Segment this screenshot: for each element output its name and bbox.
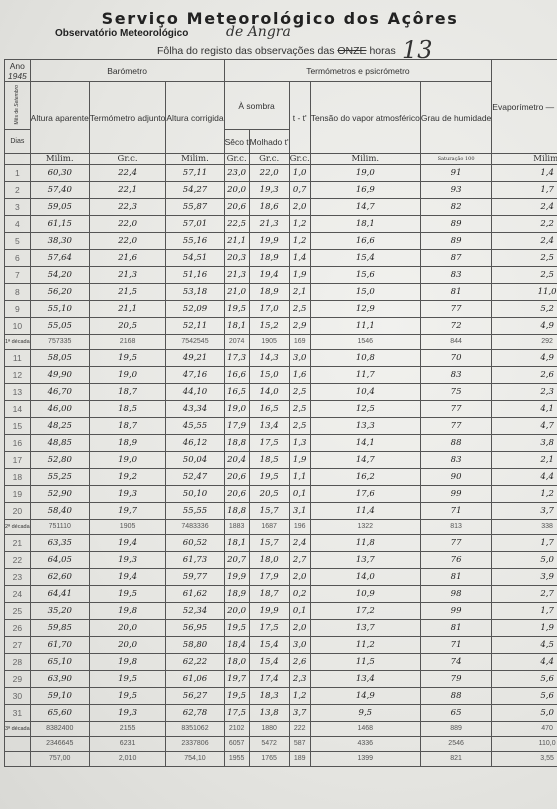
cell-term: 18,7	[89, 384, 166, 401]
cell-hum: 76	[420, 552, 491, 569]
day-number: 30	[5, 688, 31, 705]
cell-seco: 18,8	[224, 435, 249, 452]
sum-evap: 110,0	[492, 737, 557, 752]
cell-seco: 19,0	[224, 401, 249, 418]
cell-alt-ap: 59,10	[30, 688, 89, 705]
sum-seco: 2102	[224, 722, 249, 737]
cell-alt-cor: 52,47	[166, 469, 224, 486]
cell-diff: 2,6	[289, 654, 310, 671]
sum-seco: 2074	[224, 335, 249, 350]
cell-alt-cor: 61,06	[166, 671, 224, 688]
observation-row: 1648,8518,946,1218,817,51,314,1883,8W231…	[5, 435, 557, 452]
summary-label: 1ª década	[5, 335, 31, 350]
sum-alt-ap: 757335	[30, 335, 89, 350]
day-number: 10	[5, 318, 31, 335]
cell-alt-ap: 61,70	[30, 637, 89, 654]
cell-alt-ap: 55,25	[30, 469, 89, 486]
summary-label	[5, 737, 31, 752]
cell-alt-cor: 60,52	[166, 535, 224, 552]
days-header: Dias	[5, 130, 31, 154]
cell-molh: 19,9	[249, 603, 289, 620]
day-number: 18	[5, 469, 31, 486]
cell-alt-cor: 54,27	[166, 182, 224, 199]
cell-seco: 16,5	[224, 384, 249, 401]
cell-alt-cor: 58,80	[166, 637, 224, 654]
cell-molh: 18,9	[249, 250, 289, 267]
day-number: 8	[5, 284, 31, 301]
cell-seco: 21,1	[224, 233, 249, 250]
unit-grc: Gr.c.	[249, 154, 289, 165]
cell-evap: 4,5	[492, 637, 557, 654]
day-number: 26	[5, 620, 31, 637]
sum-tensao: 1468	[310, 722, 420, 737]
cell-hum: 82	[420, 199, 491, 216]
cell-seco: 19,5	[224, 301, 249, 318]
dry-bulb-header: Sêco t	[224, 130, 249, 154]
cell-hum: 89	[420, 216, 491, 233]
summary-label	[5, 752, 31, 767]
observation-row: 1952,9019,350,1020,620,50,117,6991,2SW35…	[5, 486, 557, 503]
cell-diff: 2,4	[289, 535, 310, 552]
sum-hum: 813	[420, 520, 491, 535]
cell-diff: 2,5	[289, 418, 310, 435]
sum-hum: 844	[420, 335, 491, 350]
cell-evap: 5,6	[492, 688, 557, 705]
sum-term: 2,010	[89, 752, 166, 767]
cell-alt-ap: 57,64	[30, 250, 89, 267]
cell-term: 19,8	[89, 603, 166, 620]
cell-alt-cor: 49,21	[166, 350, 224, 367]
observation-row: 2362,6019,459,7719,917,92,014,0813,9WSW2…	[5, 569, 557, 586]
observation-row: 1548,2518,745,5517,913,42,513,3774,7N203…	[5, 418, 557, 435]
thermometer-group: Termómetros e psicrómetro	[224, 60, 492, 82]
cell-seco: 20,6	[224, 469, 249, 486]
observation-row: 2464,4119,561,6218,918,70,210,9982,7SW30…	[5, 586, 557, 603]
cell-tensao: 13,7	[310, 620, 420, 637]
cell-alt-cor: 51,16	[166, 267, 224, 284]
cell-alt-cor: 53,18	[166, 284, 224, 301]
cell-term: 19,5	[89, 350, 166, 367]
cell-tensao: 12,9	[310, 301, 420, 318]
cell-term: 19,4	[89, 569, 166, 586]
cell-molh: 16,5	[249, 401, 289, 418]
station-name: de Angra	[226, 24, 291, 40]
cell-term: 19,5	[89, 688, 166, 705]
cell-evap: 4,4	[492, 469, 557, 486]
cell-molh: 13,4	[249, 418, 289, 435]
observation-table: Ano1945 Barómetro Termómetros e psicróme…	[4, 59, 557, 767]
cell-diff: 2,7	[289, 552, 310, 569]
observation-row: 1446,0018,543,3419,016,52,512,5774,1WSW2…	[5, 401, 557, 418]
unit-milim: Milim.	[30, 154, 89, 165]
cell-seco: 16,6	[224, 367, 249, 384]
cell-evap: 1,7	[492, 535, 557, 552]
sum-seco: 1883	[224, 520, 249, 535]
cell-hum: 91	[420, 165, 491, 182]
cell-alt-cor: 45,55	[166, 418, 224, 435]
cell-hum: 83	[420, 267, 491, 284]
cell-term: 20,0	[89, 637, 166, 654]
cell-molh: 21,3	[249, 216, 289, 233]
observation-row: 1346,7018,744,1016,514,02,510,4752,3W892…	[5, 384, 557, 401]
sheet-hour-struck: ONZE	[337, 45, 366, 57]
cell-tensao: 10,8	[310, 350, 420, 367]
cell-seco: 19,5	[224, 688, 249, 705]
cell-seco: 23,0	[224, 165, 249, 182]
cell-diff: 0,1	[289, 603, 310, 620]
cell-alt-ap: 63,35	[30, 535, 89, 552]
cell-tensao: 11,5	[310, 654, 420, 671]
day-number: 6	[5, 250, 31, 267]
observation-row: 3059,1019,556,2719,518,31,214,9885,6WSW4…	[5, 688, 557, 705]
cell-hum: 89	[420, 233, 491, 250]
cell-tensao: 18,1	[310, 216, 420, 233]
cell-hum: 88	[420, 688, 491, 705]
cell-hum: 75	[420, 384, 491, 401]
cell-seco: 17,3	[224, 350, 249, 367]
cell-diff: 3,1	[289, 503, 310, 520]
cell-evap: 5,0	[492, 705, 557, 722]
cell-diff: 2,5	[289, 384, 310, 401]
observation-row: 1158,0519,549,2117,314,33,010,8704,9SW10…	[5, 350, 557, 367]
cell-seco: 20,3	[224, 250, 249, 267]
cell-term: 22,4	[89, 165, 166, 182]
cell-tensao: 12,5	[310, 401, 420, 418]
cell-molh: 18,9	[249, 284, 289, 301]
sum-diff: 222	[289, 722, 310, 737]
cell-alt-cor: 54,51	[166, 250, 224, 267]
cell-diff: 2,5	[289, 401, 310, 418]
cell-evap: 2,6	[492, 367, 557, 384]
cell-alt-cor: 47,16	[166, 367, 224, 384]
cell-alt-cor: 43,34	[166, 401, 224, 418]
cell-tensao: 16,6	[310, 233, 420, 250]
observation-row: 1752,8019,050,0420,418,51,914,7832,1NNW1…	[5, 452, 557, 469]
cell-tensao: 11,4	[310, 503, 420, 520]
cell-alt-ap: 60,30	[30, 165, 89, 182]
summary-label: 3ª década	[5, 722, 31, 737]
sum-hum: 2546	[420, 737, 491, 752]
observation-row: 754,2021,351,1621,319,41,915,6832,5S2075…	[5, 267, 557, 284]
cell-term: 20,0	[89, 620, 166, 637]
cell-diff: 2,0	[289, 199, 310, 216]
cell-hum: 77	[420, 301, 491, 318]
cell-alt-cor: 61,62	[166, 586, 224, 603]
corrected-height-header: Altura corrigida	[166, 82, 224, 154]
cell-molh: 18,3	[249, 688, 289, 705]
cell-alt-cor: 50,10	[166, 486, 224, 503]
cell-diff: 2,5	[289, 301, 310, 318]
sum-molh: 1765	[249, 752, 289, 767]
cell-evap: 5,0	[492, 552, 557, 569]
unit-grc: Gr.c.	[224, 154, 249, 165]
cell-term: 19,5	[89, 586, 166, 603]
cell-molh: 18,0	[249, 552, 289, 569]
observation-row: 257,4022,154,2720,019,30,716,9931,7S2295…	[5, 182, 557, 199]
cell-alt-ap: 56,20	[30, 284, 89, 301]
cell-alt-cor: 59,77	[166, 569, 224, 586]
wet-bulb-header: Molhado t'	[249, 130, 289, 154]
cell-evap: 1,7	[492, 182, 557, 199]
day-number: 5	[5, 233, 31, 250]
cell-term: 19,3	[89, 705, 166, 722]
attached-thermometer-header: Termómetro adjunto	[89, 82, 166, 154]
cell-diff: 0,2	[289, 586, 310, 603]
month-totals: 2346645623123378066057547258743362546110…	[5, 737, 557, 752]
sum-alt-cor: 2337806	[166, 737, 224, 752]
cell-hum: 71	[420, 503, 491, 520]
cell-molh: 17,5	[249, 435, 289, 452]
cell-tensao: 13,3	[310, 418, 420, 435]
sum-tensao: 1546	[310, 335, 420, 350]
cell-molh: 18,5	[249, 452, 289, 469]
cell-alt-ap: 48,85	[30, 435, 89, 452]
cell-molh: 17,4	[249, 671, 289, 688]
sum-evap: 292	[492, 335, 557, 350]
day-number: 7	[5, 267, 31, 284]
day-number: 3	[5, 199, 31, 216]
sum-molh: 5472	[249, 737, 289, 752]
cell-tensao: 15,6	[310, 267, 420, 284]
sum-hum: 821	[420, 752, 491, 767]
cell-seco: 18,1	[224, 535, 249, 552]
decade-3-summary: 3ª década8382400215583510622102188022214…	[5, 722, 557, 737]
cell-seco: 20,0	[224, 182, 249, 199]
cell-evap: 1,2	[492, 486, 557, 503]
cell-hum: 65	[420, 705, 491, 722]
sum-term: 1905	[89, 520, 166, 535]
day-number: 19	[5, 486, 31, 503]
observation-row: 2535,2019,852,3420,019,90,117,2991,7SSW3…	[5, 603, 557, 620]
day-number: 28	[5, 654, 31, 671]
cell-seco: 17,9	[224, 418, 249, 435]
cell-term: 19,0	[89, 452, 166, 469]
day-number: 14	[5, 401, 31, 418]
cell-term: 22,0	[89, 233, 166, 250]
day-number: 13	[5, 384, 31, 401]
sum-evap: 3,55	[492, 752, 557, 767]
sum-diff: 189	[289, 752, 310, 767]
cell-evap: 4,4	[492, 654, 557, 671]
cell-evap: 2,1	[492, 452, 557, 469]
day-number: 1	[5, 165, 31, 182]
cell-seco: 17,5	[224, 705, 249, 722]
cell-term: 21,3	[89, 267, 166, 284]
cell-tensao: 16,2	[310, 469, 420, 486]
cell-hum: 72	[420, 318, 491, 335]
decade-2-summary: 2ª década7511101905748333618831687196132…	[5, 520, 557, 535]
cell-seco: 19,9	[224, 569, 249, 586]
cell-term: 18,9	[89, 435, 166, 452]
cell-tensao: 11,7	[310, 367, 420, 384]
cell-alt-cor: 56,95	[166, 620, 224, 637]
observation-row: 2163,3519,460,5218,115,72,411,8771,7W229…	[5, 535, 557, 552]
day-number: 20	[5, 503, 31, 520]
cell-alt-cor: 52,34	[166, 603, 224, 620]
cell-tensao: 14,1	[310, 435, 420, 452]
cell-tensao: 15,4	[310, 250, 420, 267]
cell-diff: 1,1	[289, 469, 310, 486]
day-number: 17	[5, 452, 31, 469]
cell-alt-ap: 49,90	[30, 367, 89, 384]
cell-alt-cor: 46,12	[166, 435, 224, 452]
cell-alt-ap: 52,90	[30, 486, 89, 503]
cell-molh: 15,7	[249, 535, 289, 552]
cell-hum: 98	[420, 586, 491, 603]
evaporimeter-header: Evaporímetro — Evaporação	[492, 60, 557, 154]
cell-molh: 19,3	[249, 182, 289, 199]
cell-seco: 20,6	[224, 486, 249, 503]
cell-alt-ap: 65,60	[30, 705, 89, 722]
sheet-label-prefix: Fôlha do registo das observações das	[157, 45, 334, 57]
month-header: Mês de Setembro	[5, 82, 31, 130]
cell-alt-ap: 64,41	[30, 586, 89, 603]
cell-alt-ap: 63,90	[30, 671, 89, 688]
day-number: 22	[5, 552, 31, 569]
cell-molh: 19,9	[249, 233, 289, 250]
cell-tensao: 10,4	[310, 384, 420, 401]
cell-seco: 19,7	[224, 671, 249, 688]
day-number: 31	[5, 705, 31, 722]
barometer-group: Barómetro	[30, 60, 224, 82]
cell-evap: 2,4	[492, 233, 557, 250]
cell-hum: 99	[420, 603, 491, 620]
cell-seco: 21,0	[224, 284, 249, 301]
unit-saturation: Saturação 100	[420, 154, 491, 165]
cell-tensao: 14,7	[310, 199, 420, 216]
cell-alt-ap: 59,05	[30, 199, 89, 216]
cell-molh: 18,7	[249, 586, 289, 603]
cell-molh: 14,0	[249, 384, 289, 401]
cell-tensao: 13,4	[310, 671, 420, 688]
cell-evap: 4,9	[492, 350, 557, 367]
cell-alt-ap: 55,10	[30, 301, 89, 318]
cell-hum: 81	[420, 284, 491, 301]
cell-seco: 18,1	[224, 318, 249, 335]
cell-alt-cor: 57,11	[166, 165, 224, 182]
unit-milim: Milim.	[310, 154, 420, 165]
cell-evap: 2,5	[492, 250, 557, 267]
cell-molh: 19,4	[249, 267, 289, 284]
sum-seco: 1955	[224, 752, 249, 767]
cell-seco: 18,0	[224, 654, 249, 671]
sum-diff: 587	[289, 737, 310, 752]
cell-alt-ap: 54,20	[30, 267, 89, 284]
cell-molh: 18,6	[249, 199, 289, 216]
cell-diff: 2,3	[289, 671, 310, 688]
cell-molh: 15,4	[249, 637, 289, 654]
observation-row: 2865,1019,862,2218,015,42,611,5744,4NNW1…	[5, 654, 557, 671]
day-number: 24	[5, 586, 31, 603]
unit-blank	[5, 154, 31, 165]
cell-alt-ap: 46,70	[30, 384, 89, 401]
cell-term: 19,3	[89, 486, 166, 503]
cell-term: 22,1	[89, 182, 166, 199]
unit-grc: Gr.c.	[89, 154, 166, 165]
cell-molh: 14,3	[249, 350, 289, 367]
observation-row: 461,1522,057,0122,521,31,218,1892,2E2592…	[5, 216, 557, 233]
cell-term: 19,3	[89, 552, 166, 569]
summary-label: 2ª década	[5, 520, 31, 535]
day-number: 23	[5, 569, 31, 586]
cell-diff: 0,7	[289, 182, 310, 199]
cell-evap: 4,9	[492, 318, 557, 335]
cell-evap: 3,8	[492, 435, 557, 452]
cell-molh: 19,5	[249, 469, 289, 486]
day-number: 25	[5, 603, 31, 620]
cell-tensao: 13,7	[310, 552, 420, 569]
cell-hum: 81	[420, 569, 491, 586]
cell-diff: 1,9	[289, 452, 310, 469]
humidity-header: Grau de humidade	[420, 82, 491, 154]
cell-evap: 2,4	[492, 199, 557, 216]
sum-tensao: 1322	[310, 520, 420, 535]
cell-alt-ap: 48,25	[30, 418, 89, 435]
cell-seco: 20,4	[224, 452, 249, 469]
cell-alt-ap: 61,15	[30, 216, 89, 233]
cell-hum: 83	[420, 367, 491, 384]
sum-diff: 169	[289, 335, 310, 350]
sum-alt-cor: 754,10	[166, 752, 224, 767]
sum-alt-cor: 8351062	[166, 722, 224, 737]
observation-row: 2963,9019,561,0619,717,42,313,4795,6SW27…	[5, 671, 557, 688]
day-number: 11	[5, 350, 31, 367]
cell-hum: 87	[420, 250, 491, 267]
cell-tensao: 11,2	[310, 637, 420, 654]
cell-alt-cor: 55,16	[166, 233, 224, 250]
cell-evap: 2,3	[492, 384, 557, 401]
cell-alt-ap: 35,20	[30, 603, 89, 620]
cell-alt-ap: 58,05	[30, 350, 89, 367]
day-number: 16	[5, 435, 31, 452]
cell-evap: 11,0	[492, 284, 557, 301]
cell-alt-ap: 57,40	[30, 182, 89, 199]
cell-diff: 1,2	[289, 233, 310, 250]
cell-molh: 15,0	[249, 367, 289, 384]
cell-molh: 15,7	[249, 503, 289, 520]
shade-group: À sombra	[224, 82, 289, 130]
sheet-description: Fôlha do registo das observações das ONZ…	[157, 45, 396, 57]
cell-alt-ap: 64,05	[30, 552, 89, 569]
cell-alt-cor: 62,22	[166, 654, 224, 671]
cell-term: 21,1	[89, 301, 166, 318]
cell-evap: 3,9	[492, 569, 557, 586]
cell-term: 20,5	[89, 318, 166, 335]
observation-row: 1249,9019,047,1616,615,01,611,7832,6SSW2…	[5, 367, 557, 384]
cell-hum: 71	[420, 637, 491, 654]
month-means: 757,002,010754,101955176518913998213,552…	[5, 752, 557, 767]
day-number: 4	[5, 216, 31, 233]
cell-term: 22,3	[89, 199, 166, 216]
cell-alt-cor: 57,01	[166, 216, 224, 233]
cell-hum: 77	[420, 401, 491, 418]
cell-evap: 2,5	[492, 267, 557, 284]
cell-alt-cor: 56,27	[166, 688, 224, 705]
sum-alt-cor: 7542545	[166, 335, 224, 350]
sum-alt-ap: 757,00	[30, 752, 89, 767]
sum-evap: 338	[492, 520, 557, 535]
cell-diff: 3,0	[289, 350, 310, 367]
cell-alt-cor: 50,04	[166, 452, 224, 469]
observation-row: 160,3022,457,1123,022,01,019,0911,4SSW16…	[5, 165, 557, 182]
cell-alt-ap: 59,85	[30, 620, 89, 637]
observation-row: 3165,6019,362,7817,513,83,79,5655,0NNE15…	[5, 705, 557, 722]
cell-hum: 70	[420, 350, 491, 367]
cell-alt-cor: 62,78	[166, 705, 224, 722]
cell-evap: 1,9	[492, 620, 557, 637]
cell-alt-ap: 65,10	[30, 654, 89, 671]
cell-tensao: 14,0	[310, 569, 420, 586]
